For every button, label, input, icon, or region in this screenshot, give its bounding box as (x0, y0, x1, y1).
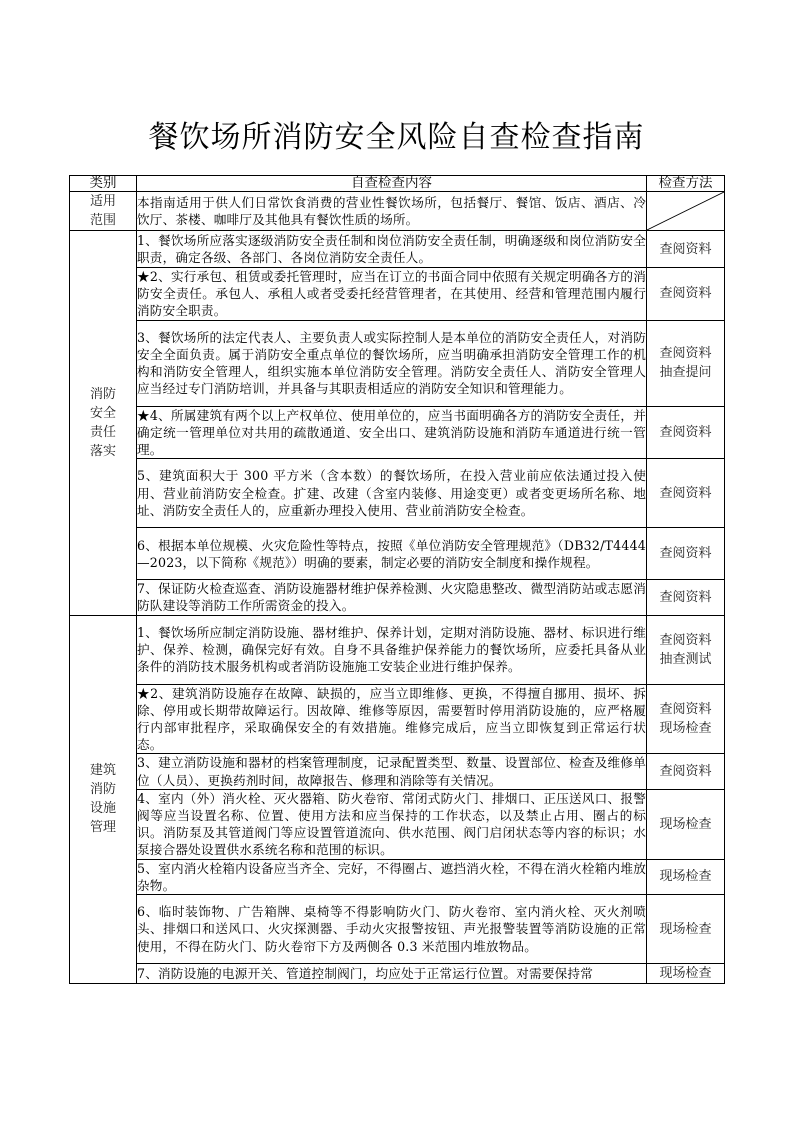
table-row: 6、根据本单位规模、火灾危险性等特点，按照《单位消防安全管理规范》（DB32/T… (70, 528, 725, 580)
check-method-cell: 现场检查 (647, 859, 725, 894)
check-method-cell: 查阅资料 (647, 406, 725, 459)
check-method-label: 现场检查 (647, 719, 724, 738)
check-method-label: 查阅资料 (647, 284, 724, 303)
check-method-label: 查阅资料 (647, 700, 724, 719)
check-method-label: 查阅资料 (647, 588, 724, 607)
check-method-cell: 现场检查 (647, 964, 725, 984)
check-method-cell: 查阅资料抽查测试 (647, 615, 725, 684)
check-item-content: 1、餐饮场所应落实逐级消防安全责任制和岗位消防安全责任制，明确逐级和岗位消防安全… (137, 231, 647, 268)
table-row: 6、临时装饰物、广告箱牌、桌椅等不得影响防火门、防火卷帘、室内消火栓、灭火剂喷头… (70, 895, 725, 964)
header-content: 自查检查内容 (137, 176, 647, 192)
check-method-cell: 现场检查 (647, 789, 725, 859)
table-row: 7、消防设施的电源开关、管道控制阀门，均应处于正常运行位置。对需要保持常现场检查 (70, 964, 725, 984)
category-label: 建筑 (70, 761, 136, 780)
table-row: 建筑消防设施管理1、餐饮场所应制定消防设施、器材维护、保养计划，定期对消防设施、… (70, 615, 725, 684)
check-method-label: 查阅资料 (647, 344, 724, 363)
table-row: ★2、实行承包、租赁或委托管理时，应当在订立的书面合同中依照有关规定明确各方的消… (70, 268, 725, 321)
check-item-content: 7、消防设施的电源开关、管道控制阀门，均应处于正常运行位置。对需要保持常 (137, 964, 647, 984)
check-item-content: 5、建筑面积大于 300 平方米（含本数）的餐饮场所，在投入营业前应依法通过投入… (137, 459, 647, 528)
check-method-label: 现场检查 (647, 964, 724, 983)
scope-row: 适用 范围 本指南适用于供人们日常饮食消费的营业性餐饮场所，包括餐厅、餐馆、饭店… (70, 192, 725, 231)
category-label: 消防 (70, 385, 136, 404)
category-label: 设施 (70, 799, 136, 818)
check-method-label: 查阅资料 (647, 631, 724, 650)
table-row: 5、室内消火栓箱内设备应当齐全、完好，不得圈占、遮挡消火栓，不得在消火栓箱内堆放… (70, 859, 725, 894)
category-label: 责任 (70, 423, 136, 442)
check-method-cell: 查阅资料现场检查 (647, 684, 725, 754)
check-method-cell: 现场检查 (647, 895, 725, 964)
check-method-cell: 查阅资料抽查提问 (647, 320, 725, 406)
check-method-label: 查阅资料 (647, 762, 724, 781)
table-header-row: 类别 自查检查内容 检查方法 (70, 176, 725, 192)
check-item-content: ★4、所属建筑有两个以上产权单位、使用单位的，应当书面明确各方的消防安全责任，并… (137, 406, 647, 459)
check-item-content: 6、临时装饰物、广告箱牌、桌椅等不得影响防火门、防火卷帘、室内消火栓、灭火剂喷头… (137, 895, 647, 964)
check-method-label: 查阅资料 (647, 240, 724, 259)
check-item-content: 3、建立消防设施和器材的档案管理制度，记录配置类型、数量、设置部位、检查及维修单… (137, 754, 647, 789)
check-method-cell: 查阅资料 (647, 528, 725, 580)
table-row: 3、建立消防设施和器材的档案管理制度，记录配置类型、数量、设置部位、检查及维修单… (70, 754, 725, 789)
check-item-content: 4、室内（外）消火栓、灭火器箱、防火卷帘、常闭式防火门、排烟口、正压送风口、报警… (137, 789, 647, 859)
table-row: 7、保证防火检查巡查、消防设施器材维护保养检测、火灾隐患整改、微型消防站或志愿消… (70, 580, 725, 615)
check-item-content: 6、根据本单位规模、火灾危险性等特点，按照《单位消防安全管理规范》（DB32/T… (137, 528, 647, 580)
category-label: 落实 (70, 442, 136, 461)
check-method-cell: 查阅资料 (647, 231, 725, 268)
category-label: 消防 (70, 780, 136, 799)
check-item-content: 3、餐饮场所的法定代表人、主要负责人或实际控制人是本单位的消防安全责任人，对消防… (137, 320, 647, 406)
table-row: ★2、建筑消防设施存在故障、缺损的，应当立即维修、更换，不得擅自挪用、损坏、拆除… (70, 684, 725, 754)
check-method-label: 查阅资料 (647, 423, 724, 442)
self-check-table: 类别 自查检查内容 检查方法 适用 范围 本指南适用于供人们日常饮食消费的营业性… (69, 175, 725, 984)
check-method-label: 现场检查 (647, 920, 724, 939)
category-label: 范围 (70, 211, 136, 230)
category-cell: 消防安全责任落实 (70, 231, 137, 616)
diagonal-line-icon (647, 192, 724, 230)
table-row: 4、室内（外）消火栓、灭火器箱、防火卷帘、常闭式防火门、排烟口、正压送风口、报警… (70, 789, 725, 859)
check-item-content: 7、保证防火检查巡查、消防设施器材维护保养检测、火灾隐患整改、微型消防站或志愿消… (137, 580, 647, 615)
header-category: 类别 (70, 176, 137, 192)
page-title: 餐饮场所消防安全风险自查检查指南 (0, 112, 793, 156)
check-method-label: 查阅资料 (647, 544, 724, 563)
category-label: 适用 (70, 192, 136, 211)
category-label: 管理 (70, 818, 136, 837)
check-item-content: 1、餐饮场所应制定消防设施、器材维护、保养计划，定期对消防设施、器材、标识进行维… (137, 615, 647, 684)
check-item-content: 5、室内消火栓箱内设备应当齐全、完好，不得圈占、遮挡消火栓，不得在消火栓箱内堆放… (137, 859, 647, 894)
check-item-content: ★2、建筑消防设施存在故障、缺损的，应当立即维修、更换，不得擅自挪用、损坏、拆除… (137, 684, 647, 754)
scope-content: 本指南适用于供人们日常饮食消费的营业性餐饮场所，包括餐厅、餐馆、饭店、酒店、冷饮… (137, 192, 647, 231)
check-method-label: 抽查提问 (647, 363, 724, 382)
table-row: 3、餐饮场所的法定代表人、主要负责人或实际控制人是本单位的消防安全责任人，对消防… (70, 320, 725, 406)
check-method-cell: 查阅资料 (647, 754, 725, 789)
header-method: 检查方法 (647, 176, 725, 192)
table-row: 消防安全责任落实1、餐饮场所应落实逐级消防安全责任制和岗位消防安全责任制，明确逐… (70, 231, 725, 268)
check-method-cell: 查阅资料 (647, 580, 725, 615)
table-row: 5、建筑面积大于 300 平方米（含本数）的餐饮场所，在投入营业前应依法通过投入… (70, 459, 725, 528)
method-cell-empty (647, 192, 725, 231)
category-cell: 建筑消防设施管理 (70, 615, 137, 983)
check-item-content: ★2、实行承包、租赁或委托管理时，应当在订立的书面合同中依照有关规定明确各方的消… (137, 268, 647, 321)
category-cell-scope: 适用 范围 (70, 192, 137, 231)
check-method-cell: 查阅资料 (647, 268, 725, 321)
check-method-label: 查阅资料 (647, 484, 724, 503)
check-method-cell: 查阅资料 (647, 459, 725, 528)
check-method-label: 现场检查 (647, 815, 724, 834)
check-method-label: 抽查测试 (647, 650, 724, 669)
table-row: ★4、所属建筑有两个以上产权单位、使用单位的，应当书面明确各方的消防安全责任，并… (70, 406, 725, 459)
check-method-label: 现场检查 (647, 867, 724, 886)
category-label: 安全 (70, 404, 136, 423)
